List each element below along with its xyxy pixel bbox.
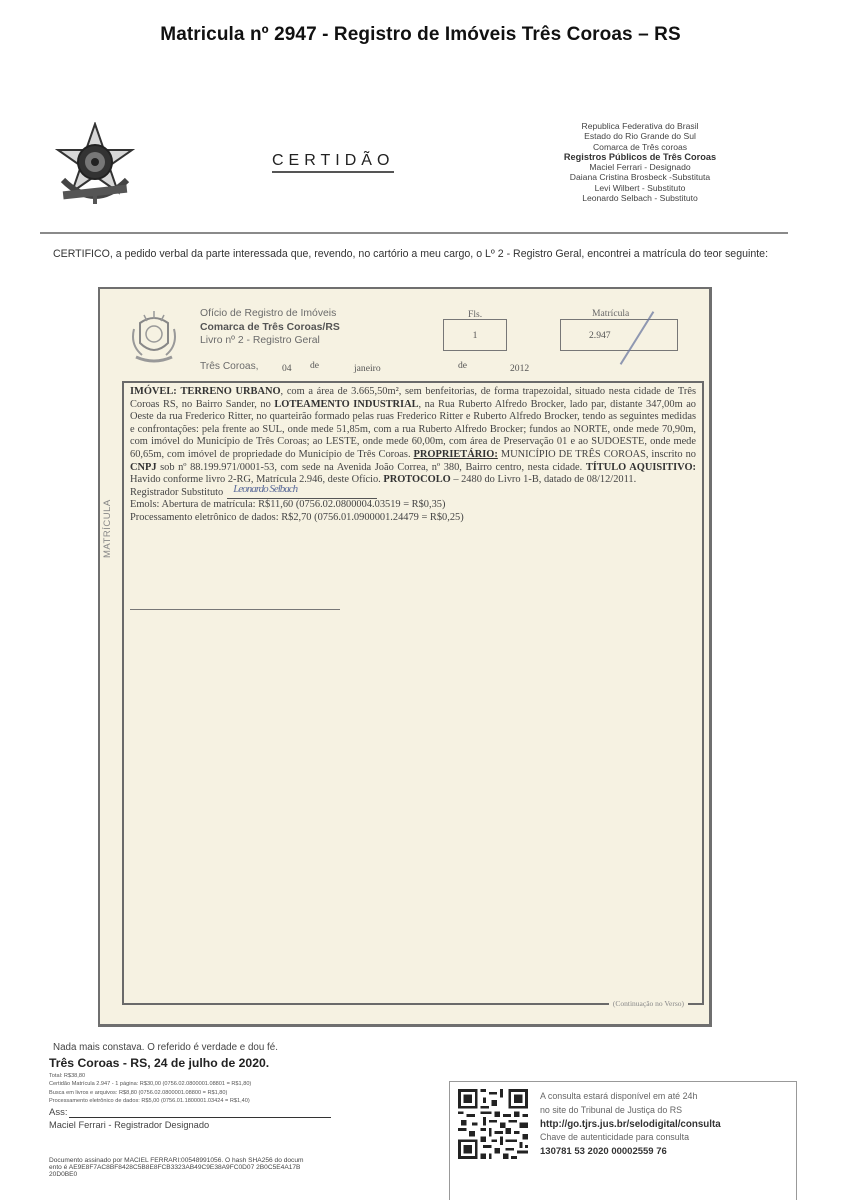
- fls-value: 1: [473, 330, 478, 341]
- matricula-description: IMÓVEL: TERRENO URBANO, com a área de 3.…: [130, 386, 696, 487]
- verification-text: A consulta estará disponível em até 24h …: [540, 1090, 721, 1159]
- frame-bottom-border: (Continuação no Verso): [122, 1003, 704, 1005]
- office-line: Comarca de Três coroas: [520, 142, 760, 152]
- signature-line: Leonardo Selbach: [227, 489, 377, 499]
- protocolo-label: PROTOCOLO: [383, 474, 450, 485]
- ass-label: Ass:: [49, 1107, 67, 1118]
- end-of-text-rule: [130, 609, 340, 610]
- page-title: Matricula nº 2947 - Registro de Imóveis …: [0, 24, 841, 46]
- office-line: Estado do Rio Grande do Sul: [520, 131, 760, 141]
- scan-date-de: de: [310, 360, 319, 371]
- processamento: Processamento eletrônico de dados: R$2,7…: [130, 512, 696, 525]
- matricula-side-label: MATRÍCULA: [102, 479, 116, 579]
- staff-line: Daiana Cristina Brosbeck -Substituta: [520, 172, 760, 182]
- loteamento-label: LOTEAMENTO INDUSTRIAL: [274, 399, 418, 410]
- staff-line: Leonardo Selbach - Substituto: [520, 193, 760, 203]
- cnpj-label: CNPJ: [130, 462, 157, 473]
- verification-line: no site do Tribunal de Justiça do RS: [540, 1104, 721, 1118]
- imovel-type: TERRENO URBANO: [180, 386, 280, 397]
- proprietario-label: PROPRIETÁRIO:: [414, 449, 498, 460]
- scan-livro: Livro nº 2 - Registro Geral: [200, 334, 340, 348]
- closing-statement: Nada mais constava. O referido é verdade…: [53, 1042, 369, 1053]
- scan-office-header: Ofício de Registro de Imóveis Comarca de…: [200, 307, 340, 348]
- verification-key-label: Chave de autenticidade para consulta: [540, 1131, 721, 1145]
- matricula-body: IMÓVEL: TERRENO URBANO, com a área de 3.…: [130, 386, 696, 525]
- verification-box: A consulta estará disponível em até 24h …: [449, 1081, 797, 1200]
- description-text: – 2480 do Livro 1-B, datado de 08/12/201…: [451, 474, 636, 485]
- description-text: MUNICÍPIO DE TRÊS COROAS, inscrito no: [498, 449, 696, 460]
- continuation-note: (Continuação no Verso): [609, 999, 688, 1008]
- rs-coat-of-arms-icon: [130, 309, 178, 365]
- certifico-paragraph: CERTIFICO, a pedido verbal da parte inte…: [53, 247, 773, 262]
- certificate-title: CERTIDÃO: [272, 152, 394, 173]
- matricula-value: 2.947: [589, 330, 611, 341]
- signer-name: Maciel Ferrari - Registrador Designado: [49, 1120, 369, 1130]
- fees-list: Total: R$38,80 Certidão Matrícula 2.947 …: [49, 1072, 369, 1106]
- matricula-label: Matrícula: [592, 308, 629, 319]
- fee-item: Processamento eletrônico de dados: R$5,0…: [49, 1097, 369, 1105]
- fee-item: Certidão Matrícula 2.947 - 1 página: R$3…: [49, 1080, 369, 1088]
- staff-line: Levi Wilbert - Substituto: [520, 183, 760, 193]
- scan-date-year: 2012: [510, 363, 529, 374]
- scan-comarca: Comarca de Três Coroas/RS: [200, 321, 340, 335]
- fee-total: Total: R$38,80: [49, 1072, 369, 1080]
- fls-box: 1: [443, 319, 507, 351]
- scan-date-day: 04: [282, 363, 292, 374]
- signature: Leonardo Selbach: [233, 483, 297, 496]
- office-name: Registros Públicos de Três Coroas: [520, 152, 760, 162]
- emolumentos: Emols: Abertura de matrícula: R$11,60 (0…: [130, 499, 696, 512]
- imovel-label: IMÓVEL:: [130, 386, 177, 397]
- matricula-box: 2.947: [560, 319, 678, 351]
- scan-office-line: Ofício de Registro de Imóveis: [200, 307, 340, 321]
- verification-key: 130781 53 2020 00002559 76: [540, 1145, 721, 1159]
- description-text: sob nº 88.199.971/0001-53, com sede na A…: [157, 462, 586, 473]
- verification-line: A consulta estará disponível em até 24h: [540, 1090, 721, 1104]
- office-line: Republica Federativa do Brasil: [520, 121, 760, 131]
- brazil-coat-of-arms-icon: [55, 122, 135, 207]
- header-divider: [40, 232, 788, 234]
- verification-url-link[interactable]: http://go.tjrs.jus.br/selodigital/consul…: [540, 1118, 721, 1132]
- signature-line: [69, 1109, 331, 1118]
- scanned-matricula: Ofício de Registro de Imóveis Comarca de…: [98, 287, 712, 1027]
- staff-line: Maciel Ferrari - Designado: [520, 162, 760, 172]
- scan-date-de: de: [458, 360, 467, 371]
- digital-signature-note: Documento assinado por MACIEL FERRARI:00…: [49, 1157, 304, 1179]
- signature-row: Ass:: [49, 1107, 369, 1118]
- registry-office-info: Republica Federativa do Brasil Estado do…: [520, 121, 760, 203]
- scan-date-city: Três Coroas,: [200, 361, 259, 372]
- qr-code-icon[interactable]: [458, 1089, 528, 1159]
- scan-date-month: janeiro: [354, 363, 381, 374]
- registrador-label: Registrador Substituto: [130, 487, 223, 498]
- titulo-label: TÍTULO AQUISITIVO:: [586, 462, 696, 473]
- fee-item: Busca em livros e arquivos: R$8,80 (0756…: [49, 1089, 369, 1097]
- registrador-row: Registrador SubstitutoLeonardo Selbach: [130, 487, 696, 500]
- issue-date: Três Coroas - RS, 24 de julho de 2020.: [49, 1056, 369, 1070]
- certificate-footer: Nada mais constava. O referido é verdade…: [49, 1042, 369, 1179]
